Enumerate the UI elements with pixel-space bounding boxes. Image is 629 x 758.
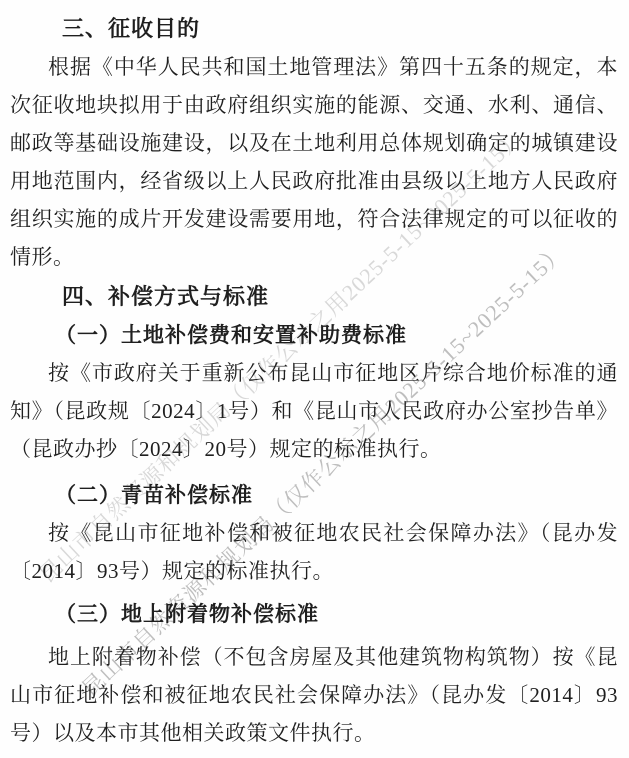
section-4-heading: 四、补偿方式与标准 bbox=[62, 278, 618, 316]
section-3-heading: 三、征收目的 bbox=[62, 10, 618, 48]
section-4-sub-3-heading: （三）地上附着物补偿标准 bbox=[55, 595, 618, 633]
section-4-sub-1-heading: （一）土地补偿费和安置补助费标准 bbox=[55, 316, 618, 354]
document-page: 昆山市自然资源和规划局（仅作公示之用2025-5-15~2025-5-15） 昆… bbox=[0, 0, 629, 758]
section-4-sub-3-paragraph: 地上附着物补偿（不包含房屋及其他建筑物构筑物）按《昆山市征地补偿和被征地农民社会… bbox=[10, 638, 618, 752]
document-body: 三、征收目的 根据《中华人民共和国土地管理法》第四十五条的规定，本次征收地块拟用… bbox=[10, 10, 618, 752]
section-4-sub-2-heading: （二）青苗补偿标准 bbox=[55, 476, 618, 514]
section-4-sub-2-paragraph: 按《昆山市征地补偿和被征地农民社会保障办法》（昆办发〔2014〕93号）规定的标… bbox=[10, 514, 618, 590]
section-4-sub-1-paragraph: 按《市政府关于重新公布昆山市征地区片综合地价标准的通知》（昆政规〔2024〕1号… bbox=[10, 354, 618, 468]
section-3-paragraph: 根据《中华人民共和国土地管理法》第四十五条的规定，本次征收地块拟用于由政府组织实… bbox=[10, 48, 618, 276]
